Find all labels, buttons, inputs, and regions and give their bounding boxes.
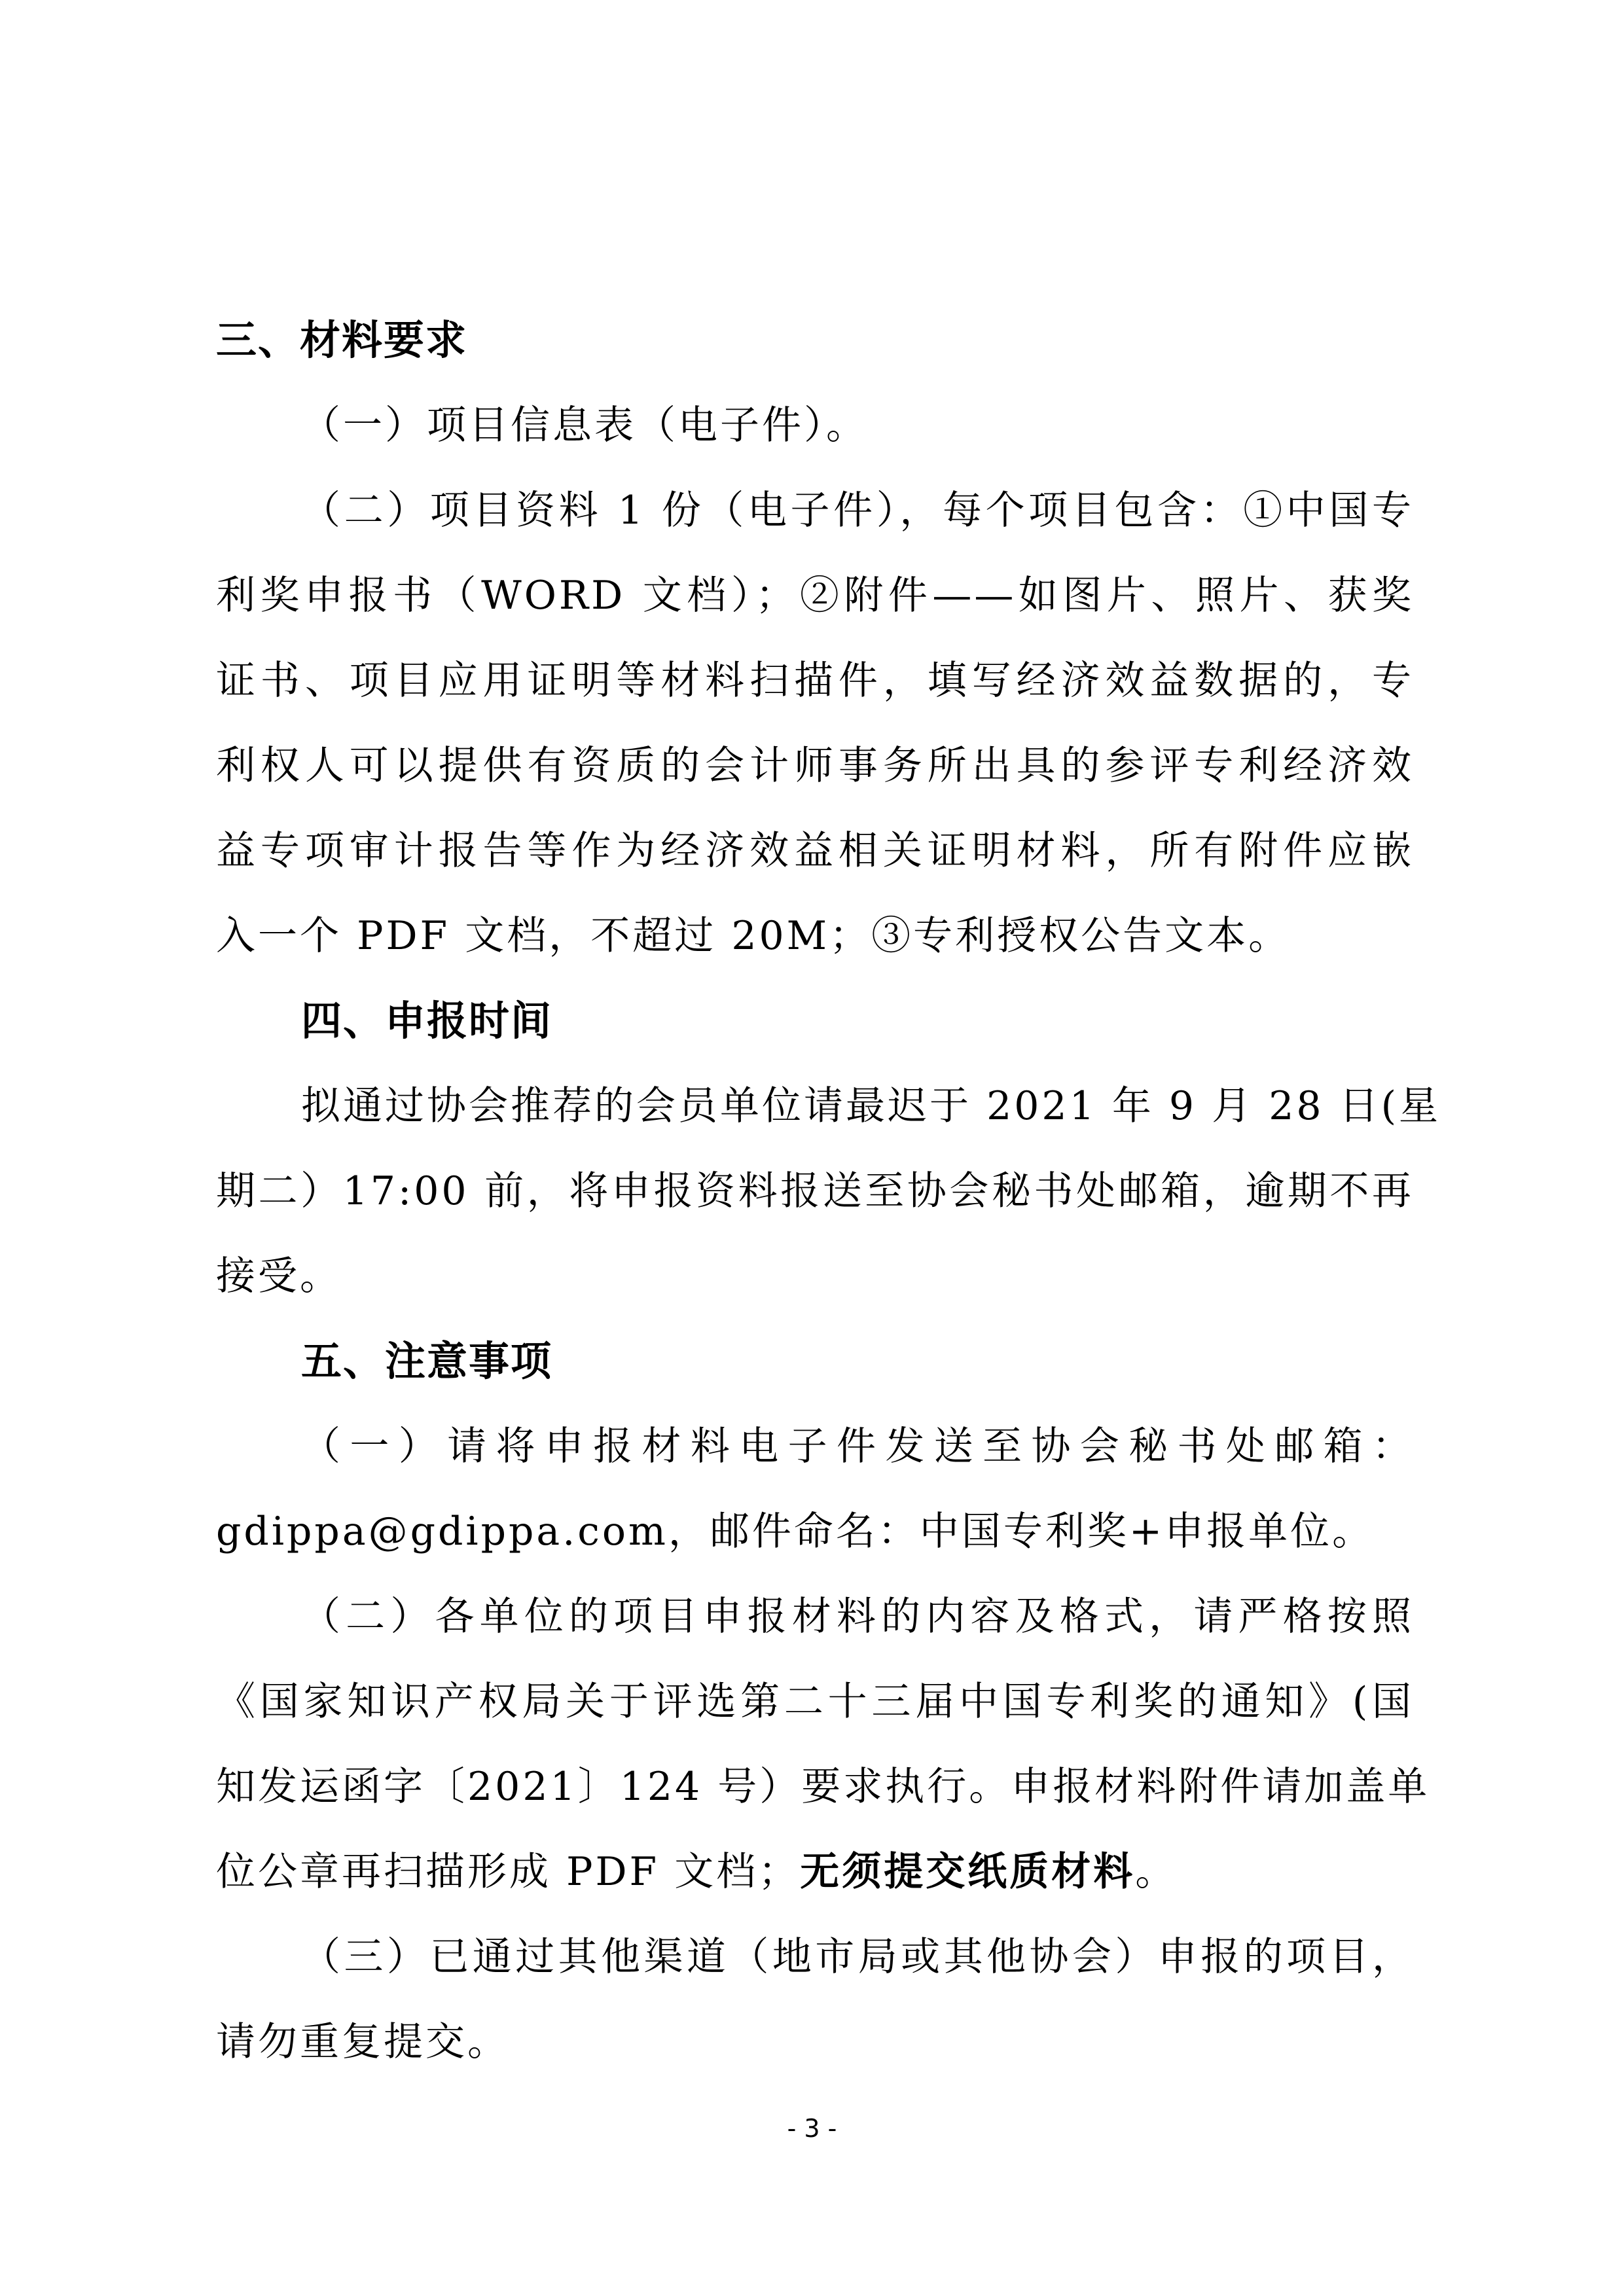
materials-item-2-line: （二）项目资料 1 份（电子件），每个项目包含：①中国专	[301, 468, 1414, 553]
notes-item-2-line: （二）各单位的项目申报材料的内容及格式，请严格按照	[301, 1574, 1414, 1659]
deadline-body-line: 期二）17:00 前，将申报资料报送至协会秘书处邮箱，逾期不再	[216, 1149, 1414, 1234]
section-heading-deadline: 四、申报时间	[301, 978, 1414, 1064]
notes-item-1-line: （一）请将申报材料电子件发送至协会秘书处邮箱：	[301, 1404, 1414, 1489]
materials-item-2-line: 利奖申报书（WORD 文档）；②附件——如图片、照片、获奖	[216, 553, 1414, 638]
document-page: 三、材料要求 （一）项目信息表（电子件）。 （二）项目资料 1 份（电子件），每…	[0, 0, 1624, 2296]
page-number: - 3 -	[0, 2114, 1624, 2143]
section-heading-notes: 五、注意事项	[301, 1319, 1414, 1404]
materials-item-1: （一）项目信息表（电子件）。	[301, 383, 1414, 468]
no-paper-emphasis: 无须提交纸质材料	[800, 1849, 1135, 1895]
notes-item-2-line: 知发运函字〔2021〕124 号）要求执行。申报材料附件请加盖单	[216, 1744, 1414, 1829]
notes-item-3-line: （三）已通过其他渠道（地市局或其他协会）申报的项目，	[301, 1914, 1414, 2000]
section-heading-materials: 三、材料要求	[216, 298, 1414, 383]
materials-item-2-line: 利权人可以提供有资质的会计师事务所出具的参评专利经济效	[216, 723, 1414, 808]
notes-item-3-line: 请勿重复提交。	[216, 2000, 1414, 2085]
deadline-body-line: 接受。	[216, 1234, 1414, 1319]
notes-item-1-line: gdippa@gdippa.com，邮件命名：中国专利奖+申报单位。	[216, 1489, 1414, 1574]
notes-item-2-last-line: 位公章再扫描形成 PDF 文档；无须提交纸质材料。	[216, 1829, 1414, 1914]
notes-item-2-period: 。	[1135, 1849, 1177, 1895]
deadline-body-line: 拟通过协会推荐的会员单位请最迟于 2021 年 9 月 28 日(星	[301, 1064, 1414, 1149]
materials-item-2-line: 证书、项目应用证明等材料扫描件，填写经济效益数据的，专	[216, 638, 1414, 723]
notes-item-2-line: 《国家知识产权局关于评选第二十三届中国专利奖的通知》(国	[216, 1659, 1414, 1744]
notes-item-2-text: 位公章再扫描形成 PDF 文档；	[216, 1849, 800, 1895]
materials-item-2-line: 益专项审计报告等作为经济效益相关证明材料，所有附件应嵌	[216, 808, 1414, 893]
materials-item-2-line: 入一个 PDF 文档，不超过 20M；③专利授权公告文本。	[216, 893, 1414, 978]
